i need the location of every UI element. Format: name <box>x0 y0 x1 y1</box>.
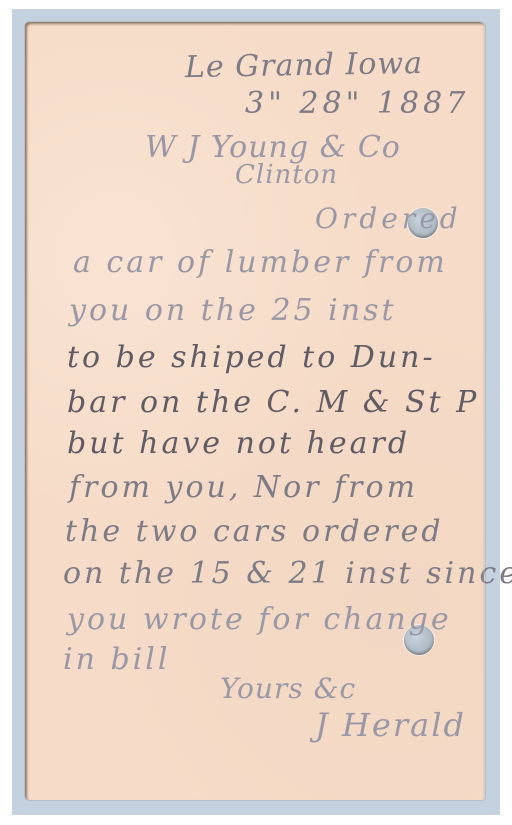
body-line: from you, Nor from <box>69 470 418 505</box>
body-line: in bill <box>63 642 170 677</box>
body-opening-word: Ordered <box>315 202 462 235</box>
body-line: but have not heard <box>67 426 410 461</box>
body-line: on the 15 & 21 inst since <box>63 556 512 591</box>
body-line: the two cars ordered <box>65 514 444 549</box>
date-line: 3" 28" 1887 <box>245 86 469 121</box>
place-line: Le Grand Iowa <box>185 46 424 85</box>
body-line: you wrote for change <box>67 602 452 637</box>
body-line: you on the 25 inst <box>69 293 397 328</box>
addressee-city: Clinton <box>235 160 338 190</box>
postal-card: Le Grand Iowa 3" 28" 1887 W J Young & Co… <box>25 22 485 800</box>
body-line: to be shiped to Dun- <box>67 340 436 375</box>
closing-line: Yours &c <box>220 672 356 705</box>
body-line: bar on the C. M & St P <box>67 385 479 420</box>
body-line: a car of lumber from <box>73 245 448 280</box>
signature: J Herald <box>315 706 466 744</box>
